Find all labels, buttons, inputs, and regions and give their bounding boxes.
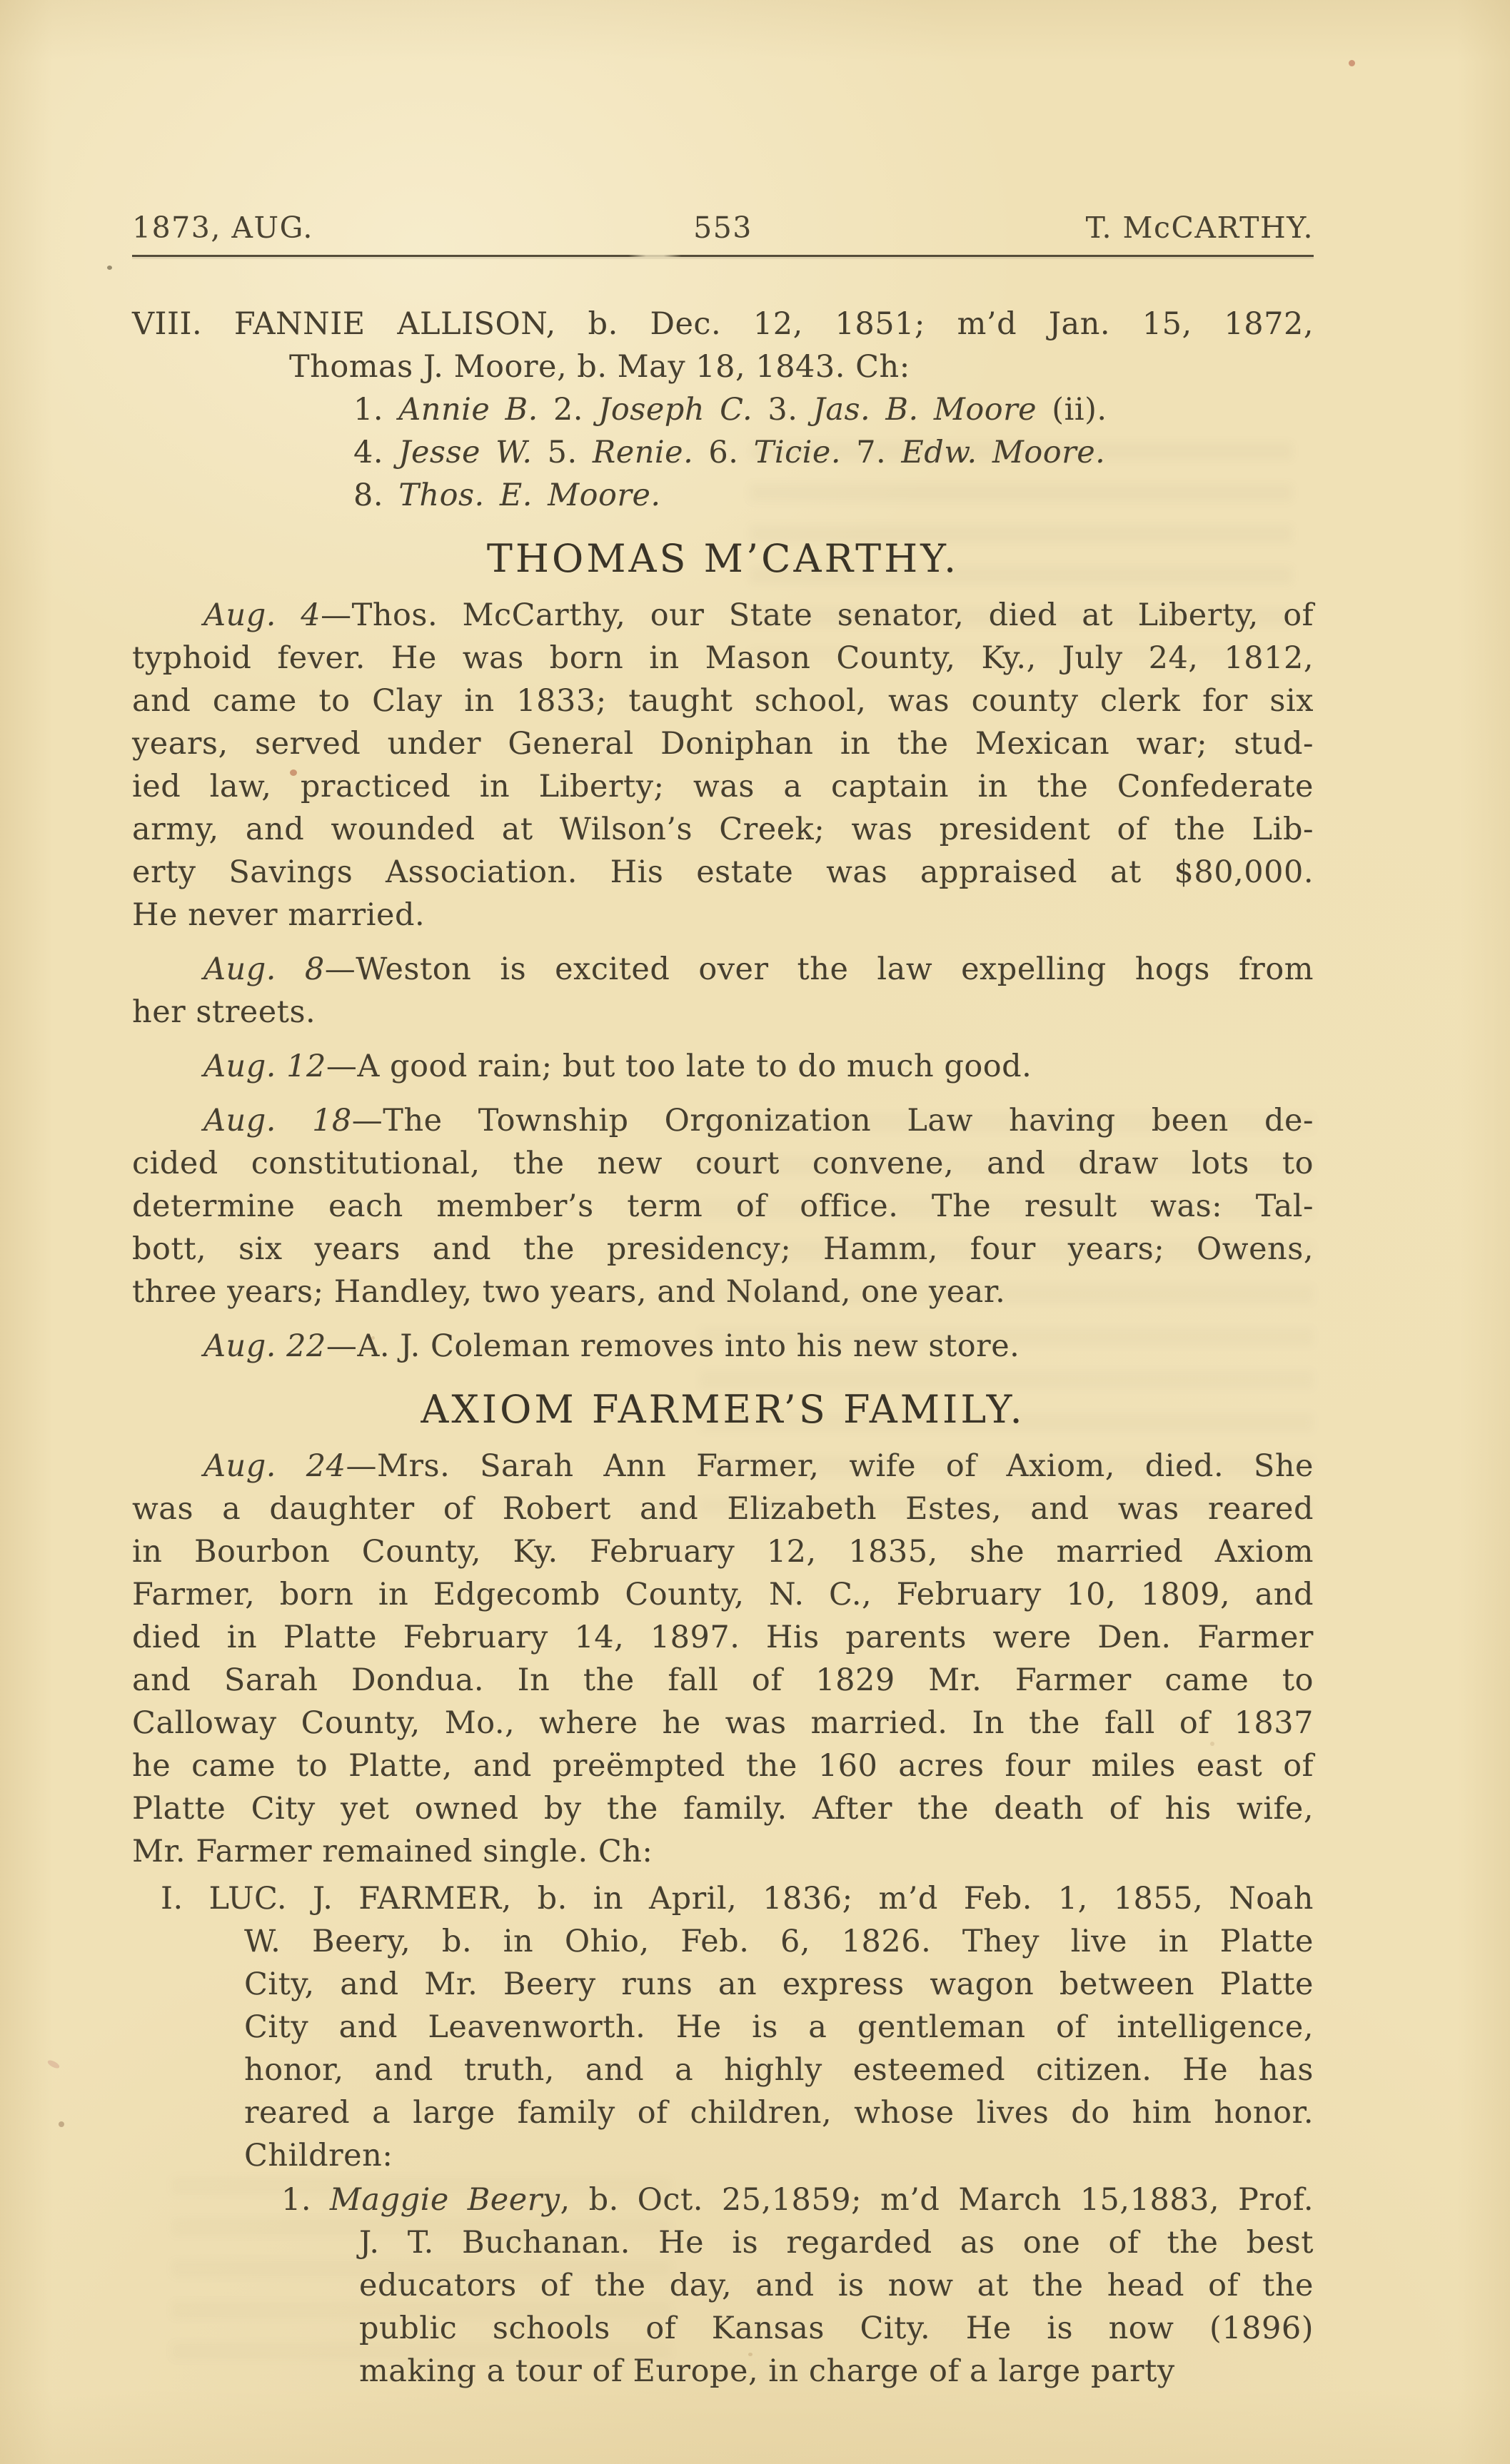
maggie-entry-line: 1. Maggie Beery, b. Oct. 25,1859; m’d Ma…: [281, 2178, 1314, 2221]
allison-children-line: 4. Jesse W. 5. Renie. 6. Ticie. 7. Edw. …: [353, 431, 1314, 474]
child-name: Maggie Beery: [330, 2182, 560, 2218]
luc-entry-line: Children:: [244, 2134, 1314, 2177]
aug4-paragraph: Aug. 4—Thos. McCarthy, our State senator…: [132, 594, 1314, 936]
allison-entry-line: VIII. FANNIE ALLISON, b. Dec. 12, 1851; …: [132, 303, 1314, 345]
paragraph-line: Aug. 22—A. J. Coleman removes into his n…: [132, 1325, 1314, 1368]
entry-date: Aug. 18: [203, 1103, 352, 1138]
aug22-paragraph: Aug. 22—A. J. Coleman removes into his n…: [132, 1325, 1314, 1368]
child-number: 8.: [353, 478, 398, 513]
entry-date: Aug. 8: [203, 951, 325, 987]
luc-entry-line: W. Beery, b. in Ohio, Feb. 6, 1826. They…: [244, 1920, 1314, 1963]
luc-entry-line: City and Leavenworth. He is a gentleman …: [244, 2006, 1314, 2049]
page-number: 553: [526, 211, 920, 244]
farmer-section-heading: AXIOM FARMER’S FAMILY.: [132, 1386, 1314, 1433]
paragraph-line: Aug. 24—Mrs. Sarah Ann Farmer, wife of A…: [132, 1445, 1314, 1488]
allison-entry-line: Thomas J. Moore, b. May 18, 1843. Ch:: [289, 345, 1314, 388]
aug12-paragraph: Aug. 12—A good rain; but too late to do …: [132, 1045, 1314, 1088]
child-name: Annie B.: [398, 392, 538, 428]
page-body: VIII. FANNIE ALLISON, b. Dec. 12, 1851; …: [132, 303, 1314, 2393]
allison-children-line: 1. Annie B. 2. Joseph C. 3. Jas. B. Moor…: [353, 388, 1314, 431]
entry-text: —Weston is excited over the law expellin…: [325, 951, 1314, 987]
entry-text: —A. J. Coleman removes into his new stor…: [326, 1328, 1020, 1364]
paragraph-line: Aug. 8—Weston is excited over the law ex…: [132, 948, 1314, 991]
luc-entry-line: I. LUC. J. FARMER, b. in April, 1836; m’…: [161, 1877, 1314, 1920]
paragraph-line: Calloway County, Mo., where he was marri…: [132, 1702, 1314, 1745]
text-column: 1873, AUG. 553 T. McCARTHY. VIII. FANNIE…: [132, 0, 1314, 2393]
allison-entry: VIII. FANNIE ALLISON, b. Dec. 12, 1851; …: [132, 303, 1314, 517]
paragraph-line: determine each member’s term of office. …: [132, 1185, 1314, 1228]
child-name: Ticie.: [754, 435, 841, 470]
entry-text: —The Township Orgonization Law having be…: [352, 1103, 1314, 1138]
running-header: 1873, AUG. 553 T. McCARTHY.: [132, 211, 1314, 244]
entry-text: —A good rain; but too late to do much go…: [326, 1049, 1032, 1084]
entry-date: Aug. 4: [203, 597, 321, 633]
allison-children-line: 8. Thos. E. Moore.: [353, 474, 1314, 517]
child-name: Joseph C.: [598, 392, 753, 428]
maggie-entry-line: educators of the day, and is now at the …: [359, 2264, 1314, 2307]
paragraph-line: three years; Handley, two years, and Nol…: [132, 1271, 1314, 1313]
header-date: 1873, AUG.: [132, 211, 526, 244]
paragraph-line: typhoid fever. He was born in Mason Coun…: [132, 637, 1314, 680]
ink-speck: [59, 2121, 64, 2127]
paragraph-line: Farmer, born in Edgecomb County, N. C., …: [132, 1573, 1314, 1616]
paragraph-line: and Sarah Dondua. In the fall of 1829 Mr…: [132, 1659, 1314, 1702]
child-name: Jesse W.: [398, 435, 532, 470]
child-name: Jas. B. Moore: [813, 392, 1037, 428]
paragraph-line: He never married.: [132, 894, 1314, 936]
child-name: Edw. Moore.: [901, 435, 1105, 470]
paragraph-line: Platte City yet owned by the family. Aft…: [132, 1787, 1314, 1830]
paragraph-line: army, and wounded at Wilson’s Creek; was…: [132, 808, 1314, 851]
ink-speck: [107, 266, 112, 270]
ink-speck: [46, 2059, 61, 2070]
aug18-paragraph: Aug. 18—The Township Orgonization Law ha…: [132, 1099, 1314, 1313]
paragraph-line: Aug. 12—A good rain; but too late to do …: [132, 1045, 1314, 1088]
paragraph-line: her streets.: [132, 991, 1314, 1034]
paragraph-line: Mr. Farmer remained single. Ch:: [132, 1830, 1314, 1873]
luc-entry-line: City, and Mr. Beery runs an express wago…: [244, 1963, 1314, 2006]
maggie-entry-line: making a tour of Europe, in charge of a …: [359, 2350, 1314, 2393]
entry-date: Aug. 22: [203, 1328, 326, 1364]
header-rule: [132, 255, 1314, 257]
maggie-beery-entry: 1. Maggie Beery, b. Oct. 25,1859; m’d Ma…: [132, 2178, 1314, 2393]
child-number: 2.: [538, 392, 598, 428]
entry-text: —Mrs. Sarah Ann Farmer, wife of Axiom, d…: [346, 1448, 1314, 1484]
header-surname: T. McCARTHY.: [920, 211, 1314, 244]
entry-date: Aug. 12: [203, 1049, 326, 1084]
maggie-entry-line: public schools of Kansas City. He is now…: [359, 2307, 1314, 2350]
paragraph-line: years, served under General Doniphan in …: [132, 722, 1314, 765]
book-page: 1873, AUG. 553 T. McCARTHY. VIII. FANNIE…: [0, 0, 1510, 2464]
luc-entry-line: honor, and truth, and a highly esteemed …: [244, 2049, 1314, 2091]
paragraph-line: was a daughter of Robert and Elizabeth E…: [132, 1488, 1314, 1530]
paragraph-line: died in Platte February 14, 1897. His pa…: [132, 1616, 1314, 1659]
child-number: 5.: [533, 435, 593, 470]
child-name: Thos. E. Moore.: [398, 478, 660, 513]
luc-farmer-entry: I. LUC. J. FARMER, b. in April, 1836; m’…: [132, 1877, 1314, 2177]
paragraph-line: he came to Platte, and preëmpted the 160…: [132, 1745, 1314, 1787]
paragraph-line: and came to Clay in 1833; taught school,…: [132, 680, 1314, 722]
ink-speck: [1349, 60, 1355, 66]
child-name: Renie.: [593, 435, 693, 470]
child-number: 6.: [693, 435, 753, 470]
aug8-paragraph: Aug. 8—Weston is excited over the law ex…: [132, 948, 1314, 1034]
child-number: 7.: [841, 435, 901, 470]
child-number: 4.: [353, 435, 398, 470]
entry-text: —Thos. McCarthy, our State senator, died…: [321, 597, 1314, 633]
aug24-paragraph: Aug. 24—Mrs. Sarah Ann Farmer, wife of A…: [132, 1445, 1314, 1873]
paragraph-line: bott, six years and the presidency; Hamm…: [132, 1228, 1314, 1271]
paragraph-line: Aug. 18—The Township Orgonization Law ha…: [132, 1099, 1314, 1142]
child-generation-note: (ii).: [1037, 392, 1107, 428]
entry-date: Aug. 24: [203, 1448, 346, 1484]
paragraph-line: ied law, practiced in Liberty; was a cap…: [132, 765, 1314, 808]
paragraph-line: Aug. 4—Thos. McCarthy, our State senator…: [132, 594, 1314, 637]
paragraph-line: erty Savings Association. His estate was…: [132, 851, 1314, 894]
maggie-entry-line: J. T. Buchanan. He is regarded as one of…: [359, 2221, 1314, 2264]
mccarthy-section-heading: THOMAS M’CARTHY.: [132, 535, 1314, 582]
child-number: 1.: [353, 392, 398, 428]
paragraph-line: cided constitutional, the new court conv…: [132, 1142, 1314, 1185]
child-number: 3.: [753, 392, 812, 428]
paragraph-line: in Bourbon County, Ky. February 12, 1835…: [132, 1530, 1314, 1573]
entry-text: , b. Oct. 25,1859; m’d March 15,1883, Pr…: [560, 2182, 1314, 2218]
luc-entry-line: reared a large family of children, whose…: [244, 2091, 1314, 2134]
child-number: 1.: [281, 2182, 330, 2218]
